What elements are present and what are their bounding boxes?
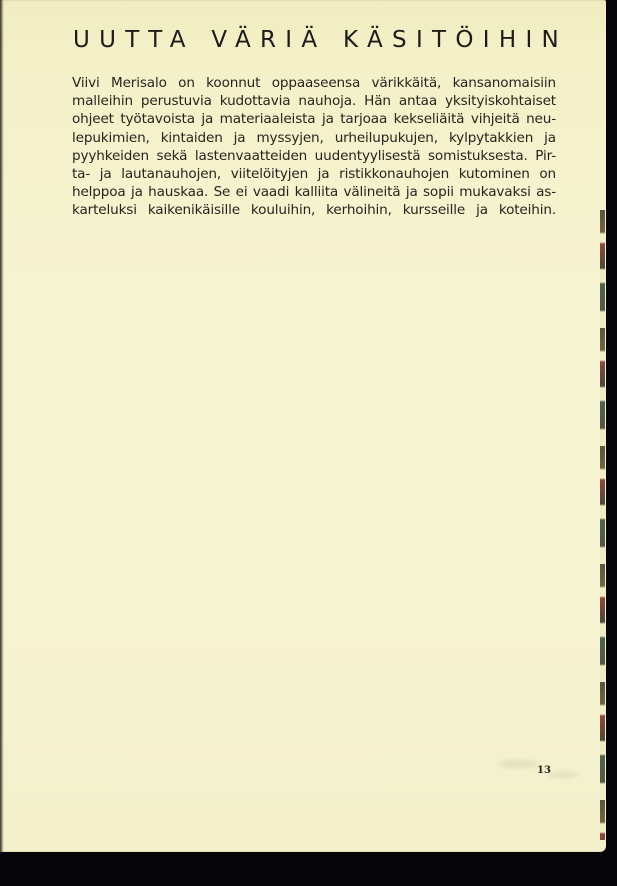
- paragraph-line: ta- ja lautanauhojen, viitelöityjen ja r…: [72, 165, 556, 183]
- paragraph-line: Viivi Merisalo on koonnut oppaaseensa vä…: [72, 74, 556, 92]
- paragraph-line: ohjeet työtavoista ja materiaaleista ja …: [72, 110, 556, 128]
- paragraph-line: helppoa ja hauskaa. Se ei vaadi kalliita…: [72, 183, 556, 201]
- paper-smudge: [548, 772, 578, 778]
- page-title: UUTTA VÄRIÄ KÄSITÖIHIN: [73, 29, 558, 52]
- paper-smudge: [498, 760, 538, 768]
- body-paragraph: Viivi Merisalo on koonnut oppaaseensa vä…: [72, 74, 556, 220]
- paragraph-line: malleihin perustuvia kudottavia nauhoja.…: [72, 92, 556, 110]
- book-block-edge: [600, 210, 605, 840]
- paragraph-line: pyyhkeiden sekä lastenvaatteiden uudenty…: [72, 147, 556, 165]
- page-number: 13: [537, 765, 551, 776]
- scanned-page-view: UUTTA VÄRIÄ KÄSITÖIHIN Viivi Merisalo on…: [0, 0, 617, 886]
- paragraph-line: lepukimien, kintaiden ja myssyjen, urhei…: [72, 129, 556, 147]
- paragraph-line: karteluksi kaikenikäisille kouluihin, ke…: [72, 201, 556, 219]
- book-page: UUTTA VÄRIÄ KÄSITÖIHIN Viivi Merisalo on…: [0, 0, 606, 852]
